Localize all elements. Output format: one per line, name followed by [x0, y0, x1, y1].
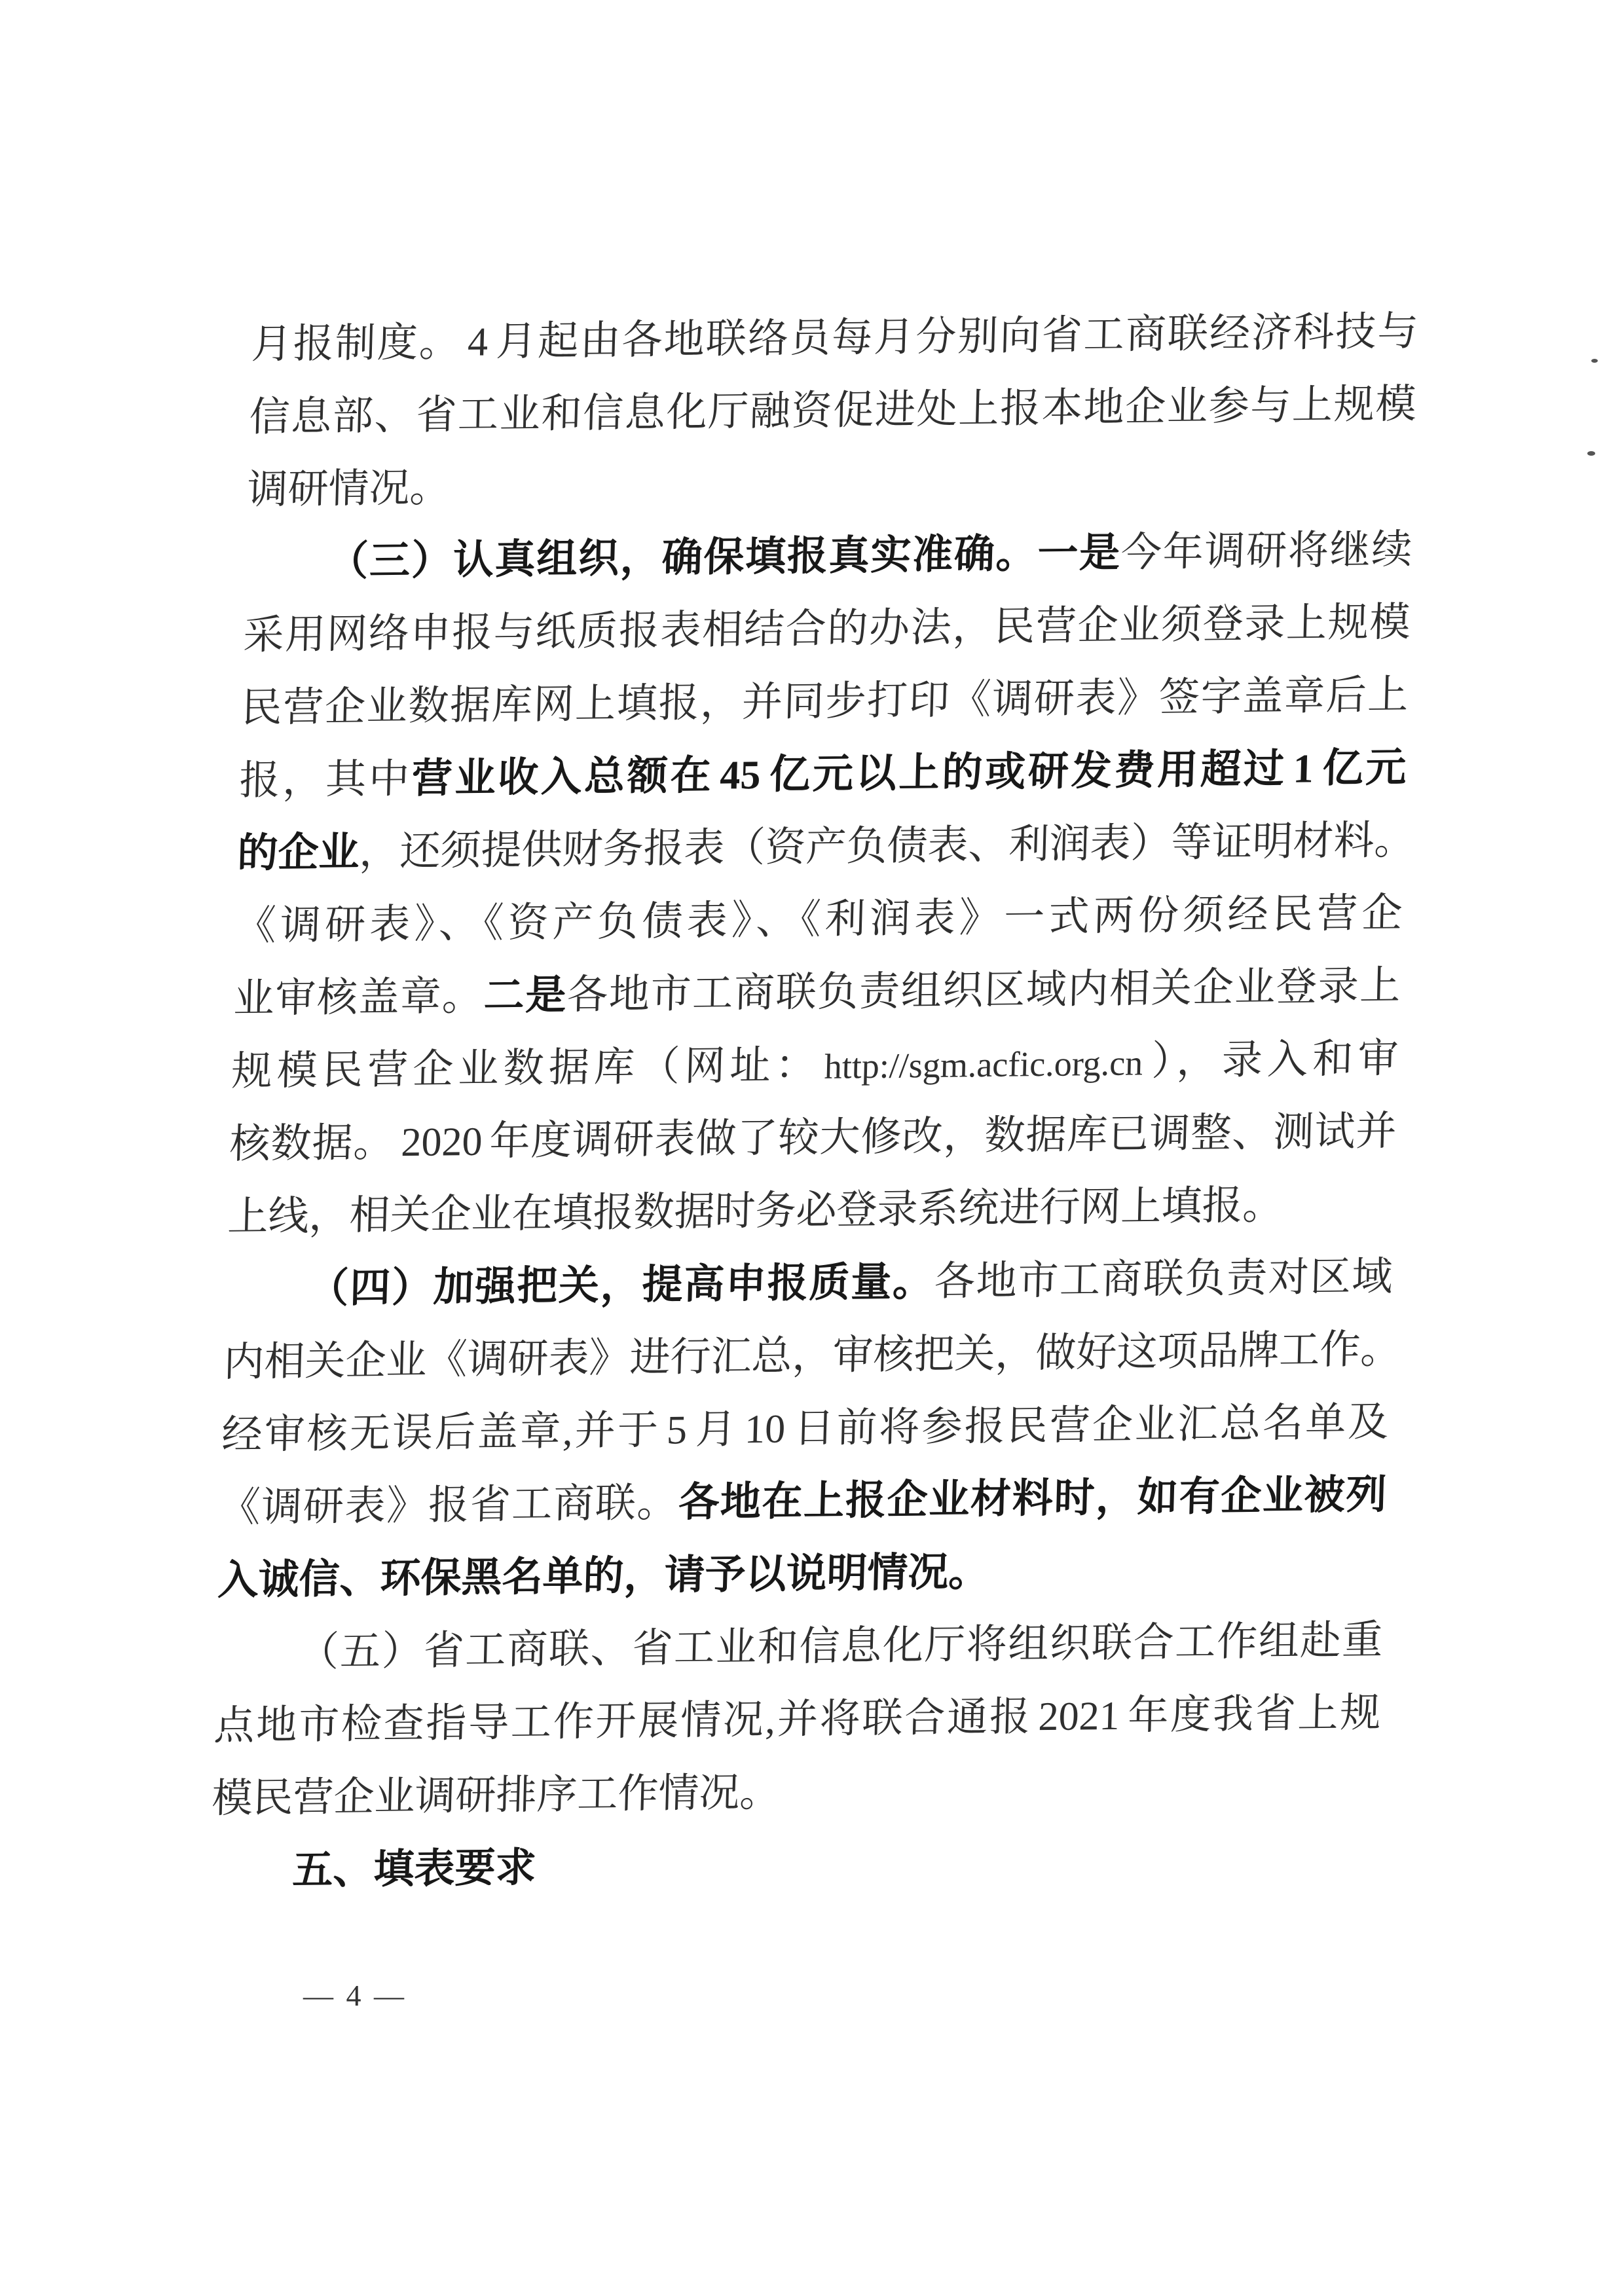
text-segment: 月	[693, 1407, 739, 1452]
text-segment: 亿元以上的或研发费用超过	[766, 747, 1287, 798]
text-segment: 的企业	[237, 830, 360, 876]
text-segment: 入诚信、环保黑名单的，请予以说明情况。	[217, 1550, 990, 1603]
text-line: 调研情况。	[246, 441, 1415, 527]
text-segment: 4	[467, 320, 489, 365]
text-segment: 规模民营企业数据库（网址：	[231, 1043, 821, 1094]
text-line: 《调研表》、《资产负债表》、《利润表》一式两份须经民营企	[234, 877, 1403, 963]
text-line: 月报制度。4月起由各地联络员每月分别向省工商联经济科技与	[250, 295, 1419, 381]
text-line: 信息部、省工业和信息化厅融资促进处上报本地企业参与上规模	[248, 368, 1417, 454]
text-line: （四）加强把关，提高申报质量。各地市工商联负责对区域	[225, 1241, 1393, 1327]
text-line: 点地市检查指导工作开展情况,并将联合通报2021年度我省上规	[213, 1677, 1382, 1763]
text-segment: 5	[666, 1408, 688, 1452]
text-segment: （三）认真组织，确保填报真实准确。一是	[327, 531, 1122, 585]
text-line: （五）省工商联、省工业和信息化厅将组织联合工作组赴重	[215, 1604, 1384, 1690]
text-segment: 日前将参报民营企业汇总名单及	[791, 1400, 1389, 1451]
text-line: （三）认真组织，确保填报真实准确。一是今年调研将继续	[244, 514, 1413, 600]
text-segment: 年度调研表做了较大修改，数据库已调整、测试并	[489, 1109, 1397, 1164]
text-segment: （四）加强把关，提高申报质量。	[308, 1260, 935, 1312]
text-segment: http://sgm.acfic.org.cn	[824, 1043, 1143, 1086]
text-segment: 营业收入总额在	[411, 754, 714, 801]
text-line: 规模民营企业数据库（网址：http://sgm.acfic.org.cn），录入…	[231, 1023, 1399, 1109]
text-segment: 10	[744, 1407, 786, 1452]
text-segment: 亿元	[1319, 746, 1407, 792]
text-segment: 1	[1293, 746, 1314, 791]
text-segment: 二是	[483, 973, 568, 1018]
text-segment: 采用网络申报与纸质报表相结合的办法，民营企业须登录上规模	[243, 600, 1411, 658]
text-segment: 2021	[1038, 1694, 1120, 1739]
text-segment: 业审核盖章。	[233, 974, 485, 1021]
text-segment: 《调研表》、《资产负债表》、《利润表》一式两份须经民营企	[235, 891, 1403, 949]
text-line: 上线，相关企业在填报数据时务必登录系统进行网上填报。	[227, 1168, 1395, 1254]
text-segment: 上线，相关企业在填报数据时务必登录系统进行网上填报。	[227, 1183, 1284, 1239]
text-segment: 点地市检查指导工作开展情况,并将联合通报	[213, 1695, 1033, 1748]
text-line: 的企业，还须提供财务报表（资产负债表、利润表）等证明材料。	[236, 805, 1405, 890]
text-line: 经审核无误后盖章,并于5月10日前将参报民营企业汇总名单及	[221, 1386, 1390, 1472]
text-segment: 模民营企业调研排序工作情况。	[212, 1771, 781, 1822]
text-segment: 今年调研将继续	[1120, 528, 1412, 576]
text-segment: 五、填表要求	[292, 1846, 537, 1893]
text-segment: 各地市工商联负责组织区域内相关企业登录上	[566, 964, 1401, 1018]
text-line: 民营企业数据库网上填报，并同步打印《调研表》签字盖章后上	[240, 659, 1409, 745]
text-segment: 信息部、省工业和信息化厅融资促进处上报本地企业参与上规模	[249, 382, 1417, 439]
document-page: 月报制度。4月起由各地联络员每月分别向省工商联经济科技与信息部、省工业和信息化厅…	[0, 0, 1624, 2295]
text-segment: 《调研表》报省工商联。	[219, 1480, 680, 1530]
page-number: — 4 —	[231, 1975, 479, 2017]
document-text: 月报制度。4月起由各地联络员每月分别向省工商联经济科技与信息部、省工业和信息化厅…	[209, 295, 1419, 1908]
text-line: 内相关企业《调研表》进行汇总，审核把关，做好这项品牌工作。	[223, 1313, 1392, 1399]
text-segment: 月起由各地联络员每月分别向省工商联经济科技与	[494, 309, 1418, 364]
text-segment: 45	[719, 753, 761, 798]
text-segment: 民营企业数据库网上填报，并同步打印《调研表》签字盖章后上	[241, 673, 1409, 731]
text-segment: 各地在上报企业材料时，如有企业被列	[678, 1473, 1387, 1525]
text-segment: 各地市工商联负责对区域	[934, 1255, 1393, 1304]
text-line: 模民营企业调研排序工作情况。	[211, 1750, 1380, 1835]
text-line: 业审核盖章。二是各地市工商联负责组织区域内相关企业登录上	[232, 950, 1401, 1036]
text-segment: 年度我省上规	[1126, 1691, 1382, 1738]
text-segment: （五）省工商联、省工业和信息化厅将组织联合工作组赴重	[298, 1618, 1384, 1675]
text-line: 《调研表》报省工商联。各地在上报企业材料时，如有企业被列	[219, 1459, 1388, 1545]
text-segment: ，还须提供财务报表（资产负债表、利润表）等证明材料。	[359, 818, 1416, 875]
text-line: 五、填表要求	[209, 1822, 1378, 1908]
text-line: 核数据。2020年度调研表做了较大修改，数据库已调整、测试并	[229, 1095, 1397, 1181]
scan-speck	[1587, 451, 1595, 456]
scan-speck	[1591, 359, 1598, 363]
text-line: 入诚信、环保黑名单的，请予以说明情况。	[217, 1532, 1386, 1617]
text-segment: 调研情况。	[247, 466, 451, 513]
text-segment: 核数据。	[229, 1120, 396, 1167]
text-segment: 经审核无误后盖章,并于	[221, 1408, 661, 1458]
text-segment: 2020	[401, 1120, 483, 1165]
text-line: 采用网络申报与纸质报表相结合的办法，民营企业须登录上规模	[242, 587, 1411, 672]
text-segment: 内相关企业《调研表》进行汇总，审核把关，做好这项品牌工作。	[223, 1327, 1402, 1385]
text-segment: 月报制度。	[251, 320, 462, 367]
text-line: 报，其中营业收入总额在45亿元以上的或研发费用超过1亿元	[238, 732, 1407, 818]
text-segment: ），录入和审	[1146, 1037, 1399, 1084]
text-segment: 报，其中	[239, 757, 413, 803]
